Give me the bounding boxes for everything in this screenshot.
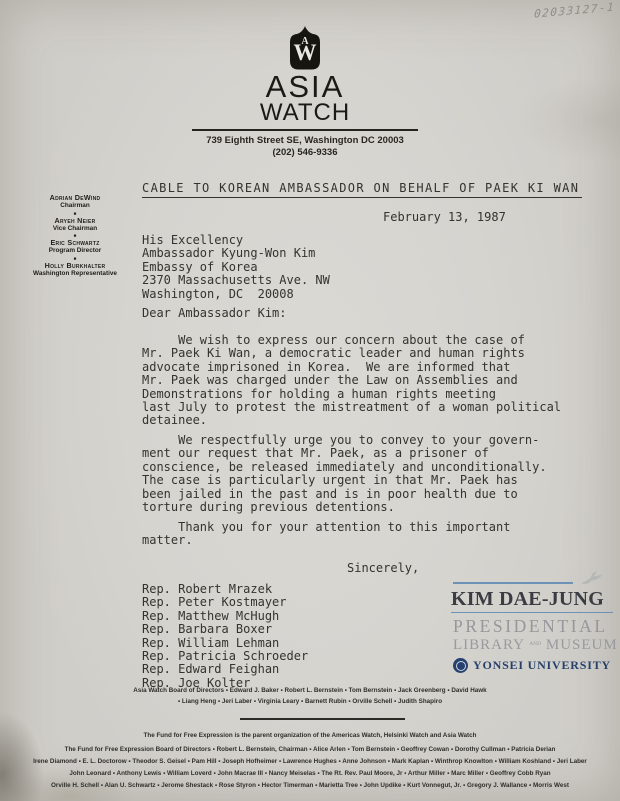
signatory-line: Rep. William Lehman [142, 637, 308, 650]
recipient-line: Embassy of Korea [142, 261, 330, 274]
letter-date: February 13, 1987 [383, 211, 506, 224]
closing: Sincerely, [347, 562, 419, 575]
signatory-line: Rep. Barbara Boxer [142, 623, 308, 636]
stamp-rule-mid [451, 612, 613, 614]
stamp-museum-word: MUSEUM [546, 637, 618, 653]
university-row: YONSEI UNIVERSITY [447, 658, 619, 673]
org-phone: (202) 546-9336 [185, 147, 425, 159]
letter-line: detainee. [142, 414, 561, 427]
recipient-line: Washington, DC 20008 [142, 288, 330, 301]
university-name: YONSEI UNIVERSITY [473, 658, 611, 673]
letter-line: torture during previous detentions. [142, 501, 547, 514]
recipient-line: His Excellency [142, 234, 330, 247]
archive-number-handwritten: 02033127-1 [534, 0, 616, 20]
letter-line: advocate imprisoned in Korea. We are inf… [142, 361, 561, 374]
staff-name: Holly Burkhalter [8, 262, 142, 270]
asia-watch-logo-icon: W A [287, 26, 323, 71]
staff-name: Eric Schwartz [8, 239, 142, 247]
letterhead-rule [192, 129, 418, 131]
staff-entry: Aryeh Neier Vice Chairman ■ [8, 217, 142, 239]
scanned-letter-page: 02033127-1 W A ASIA WATCH 739 Eighth Str… [0, 0, 620, 801]
signatory-line: Rep. Edward Feighan [142, 663, 308, 676]
separator-square: ■ [8, 211, 142, 216]
letter-line: been jailed in the past and is in poor h… [142, 488, 547, 501]
stamp-title: KIM DAE-JUNG [447, 586, 619, 612]
staff-list: Adrian DeWind Chairman ■ Aryeh Neier Vic… [8, 194, 142, 277]
fund-board-line: John Leonard ▪ Anthony Lewis ▪ William L… [0, 768, 620, 780]
fund-board-line: The Fund for Free Expression Board of Di… [0, 744, 620, 756]
staff-title: Washington Representative [8, 270, 142, 278]
letter-line: Mr. Paek was charged under the Law on As… [142, 374, 561, 387]
staff-name: Adrian DeWind [8, 194, 142, 202]
letter-line: ment our request that Mr. Paek, as a pri… [142, 447, 547, 460]
signatory-line: Rep. Robert Mrazek [142, 583, 308, 596]
letter-line: Demonstrations for holding a human right… [142, 388, 561, 401]
stamp-library-word: LIBRARY [453, 637, 524, 653]
letter-paragraph-1: We wish to express our concern about the… [142, 334, 561, 428]
separator-square: ■ [8, 256, 142, 261]
org-name-line2: WATCH [185, 101, 425, 124]
staff-name: Aryeh Neier [8, 217, 142, 225]
letter-subject: CABLE TO KOREAN AMBASSADOR ON BEHALF OF … [142, 181, 582, 198]
library-stamp: KIM DAE-JUNG PRESIDENTIAL LIBRARY AND MU… [447, 570, 619, 673]
stamp-library-museum: LIBRARY AND MUSEUM [447, 636, 619, 655]
letter-line: last July to protest the mistreatment of… [142, 401, 561, 414]
fund-board-line: Orville H. Schell ▪ Alan U. Schwartz ▪ J… [0, 780, 620, 792]
recipient-address-block: His Excellency Ambassador Kyung-Won Kim … [142, 234, 330, 301]
letter-line: The case is particularly urgent in that … [142, 474, 547, 487]
signatory-line: Rep. Matthew McHugh [142, 610, 308, 623]
letter-line: We respectfully urge you to convey to yo… [142, 434, 547, 447]
footer-rule [240, 718, 405, 720]
staff-entry: Adrian DeWind Chairman ■ [8, 194, 142, 216]
letter-line: Mr. Paek Ki Wan, a democratic leader and… [142, 347, 561, 360]
letterhead: W A ASIA WATCH 739 Eighth Street SE, Was… [185, 26, 425, 158]
letter-paragraph-2: We respectfully urge you to convey to yo… [142, 434, 547, 514]
org-name-line1: ASIA [185, 72, 425, 101]
org-address: 739 Eighth Street SE, Washington DC 2000… [185, 135, 425, 147]
staff-title: Vice Chairman [8, 225, 142, 233]
signatory-line: Rep. Patricia Schroeder [142, 650, 308, 663]
stamp-rule-top [453, 582, 573, 584]
asia-board-line1: Asia Watch Board of Directors ▪ Edward J… [0, 686, 620, 697]
letter-line: Thank you for your attention to this imp… [142, 521, 510, 534]
staff-title: Program Director [8, 247, 142, 255]
recipient-line: 2370 Massachusetts Ave. NW [142, 274, 330, 287]
letter-line: matter. [142, 534, 510, 547]
fund-parent-line: The Fund for Free Expression is the pare… [0, 731, 620, 742]
signatory-list: Rep. Robert Mrazek Rep. Peter Kostmayer … [142, 583, 308, 690]
fund-board-footer: The Fund for Free Expression Board of Di… [0, 744, 620, 792]
salutation: Dear Ambassador Kim: [142, 307, 287, 320]
staff-entry: Holly Burkhalter Washington Representati… [8, 262, 142, 278]
stamp-presidential: PRESIDENTIAL [447, 616, 619, 636]
dove-icon [579, 570, 605, 587]
stamp-and-word: AND [529, 642, 541, 647]
recipient-line: Ambassador Kyung-Won Kim [142, 247, 330, 260]
yonsei-seal-icon [453, 658, 468, 673]
letter-paragraph-3: Thank you for your attention to this imp… [142, 521, 510, 548]
signatory-line: Rep. Peter Kostmayer [142, 596, 308, 609]
letter-line: We wish to express our concern about the… [142, 334, 561, 347]
letter-line: conscience, be released immediately and … [142, 461, 547, 474]
fund-board-line: Irene Diamond ▪ E. L. Doctorow ▪ Theodor… [0, 756, 620, 768]
staff-title: Chairman [8, 202, 142, 210]
svg-text:A: A [301, 36, 309, 47]
asia-board-line2: ▪ Liang Heng ▪ Jeri Laber ▪ Virginia Lea… [0, 697, 620, 708]
asia-board-footer: Asia Watch Board of Directors ▪ Edward J… [0, 686, 620, 707]
staff-entry: Eric Schwartz Program Director ■ [8, 239, 142, 261]
